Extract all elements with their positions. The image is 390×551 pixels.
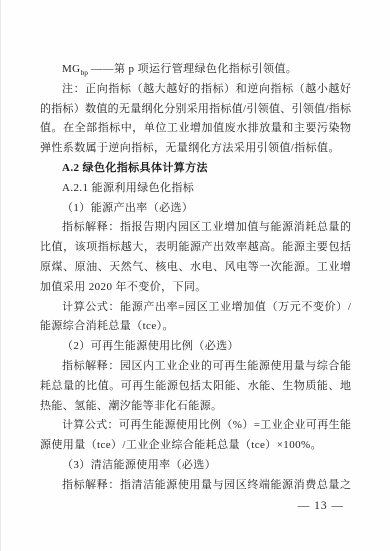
text-line: 指标解释：园区内工业企业的可再生能源使用量与综合能 — [40, 357, 351, 377]
text-line: A.2.1 能源利用绿色化指标 — [40, 179, 351, 199]
text-line: （3）清洁能源使用率（必选） — [40, 456, 351, 476]
variable-subscript: bp — [81, 68, 89, 77]
text-line: 原煤、原油、天然气、核电、水电、风电等一次能源。工业增 — [40, 258, 351, 278]
text-line: 比值，该项指标越大，表明能源产出效率越高。能源主要包括 — [40, 238, 351, 258]
text-line: 的指标）数值的无量纲化分别采用指标值/引领值、引领值/指标 — [40, 100, 351, 120]
text-line: 热能、氢能、潮汐能等非化石能源。 — [40, 397, 351, 417]
text-line: （2）可再生能源使用比例（必选） — [40, 337, 351, 357]
text-line: 源使用量（tce）/工业企业综合能耗总量（tce）×100%。 — [40, 436, 351, 456]
text-line: 计算公式：能源产出率=园区工业增加值（万元不变价）/ — [40, 298, 351, 318]
text-line: 能源综合消耗总量（tce）。 — [40, 317, 351, 337]
text-line: 注：正向指标（越大越好的指标）和逆向指标（越小越好 — [40, 80, 351, 100]
text-line: 指标解释：指清洁能源使用量与园区终端能源消费总量之 — [40, 476, 351, 496]
text-line: 耗总量的比值。可再生能源包括太阳能、水能、生物质能、地 — [40, 377, 351, 397]
document-page: MGbp ——第 p 项运行管理绿色化指标引领值。注：正向指标（越大越好的指标）… — [0, 0, 390, 551]
text-line: （1）能源产出率（必选） — [40, 199, 351, 219]
text-line: 加值采用 2020 年不变价，下同。 — [40, 278, 351, 298]
document-body: MGbp ——第 p 项运行管理绿色化指标引领值。注：正向指标（越大越好的指标）… — [40, 60, 351, 496]
text-line: 值。在全部指标中，单位工业增加值废水排放量和主要污染物 — [40, 119, 351, 139]
text-line: 弹性系数属于逆向指标，无量纲化方法采用引领值/指标值。 — [40, 139, 351, 159]
variable-name: MG — [62, 63, 81, 75]
text-line: 计算公式：可再生能源使用比例（%）=工业企业可再生能 — [40, 416, 351, 436]
text-line: MGbp ——第 p 项运行管理绿色化指标引领值。 — [40, 60, 351, 80]
text-line: 指标解释：指报告期内园区工业增加值与能源消耗总量的 — [40, 218, 351, 238]
scan-edge-artifact — [0, 0, 1, 551]
page-number: — 13 — — [298, 500, 344, 512]
section-heading: A.2 绿色化指标具体计算方法 — [40, 159, 351, 179]
